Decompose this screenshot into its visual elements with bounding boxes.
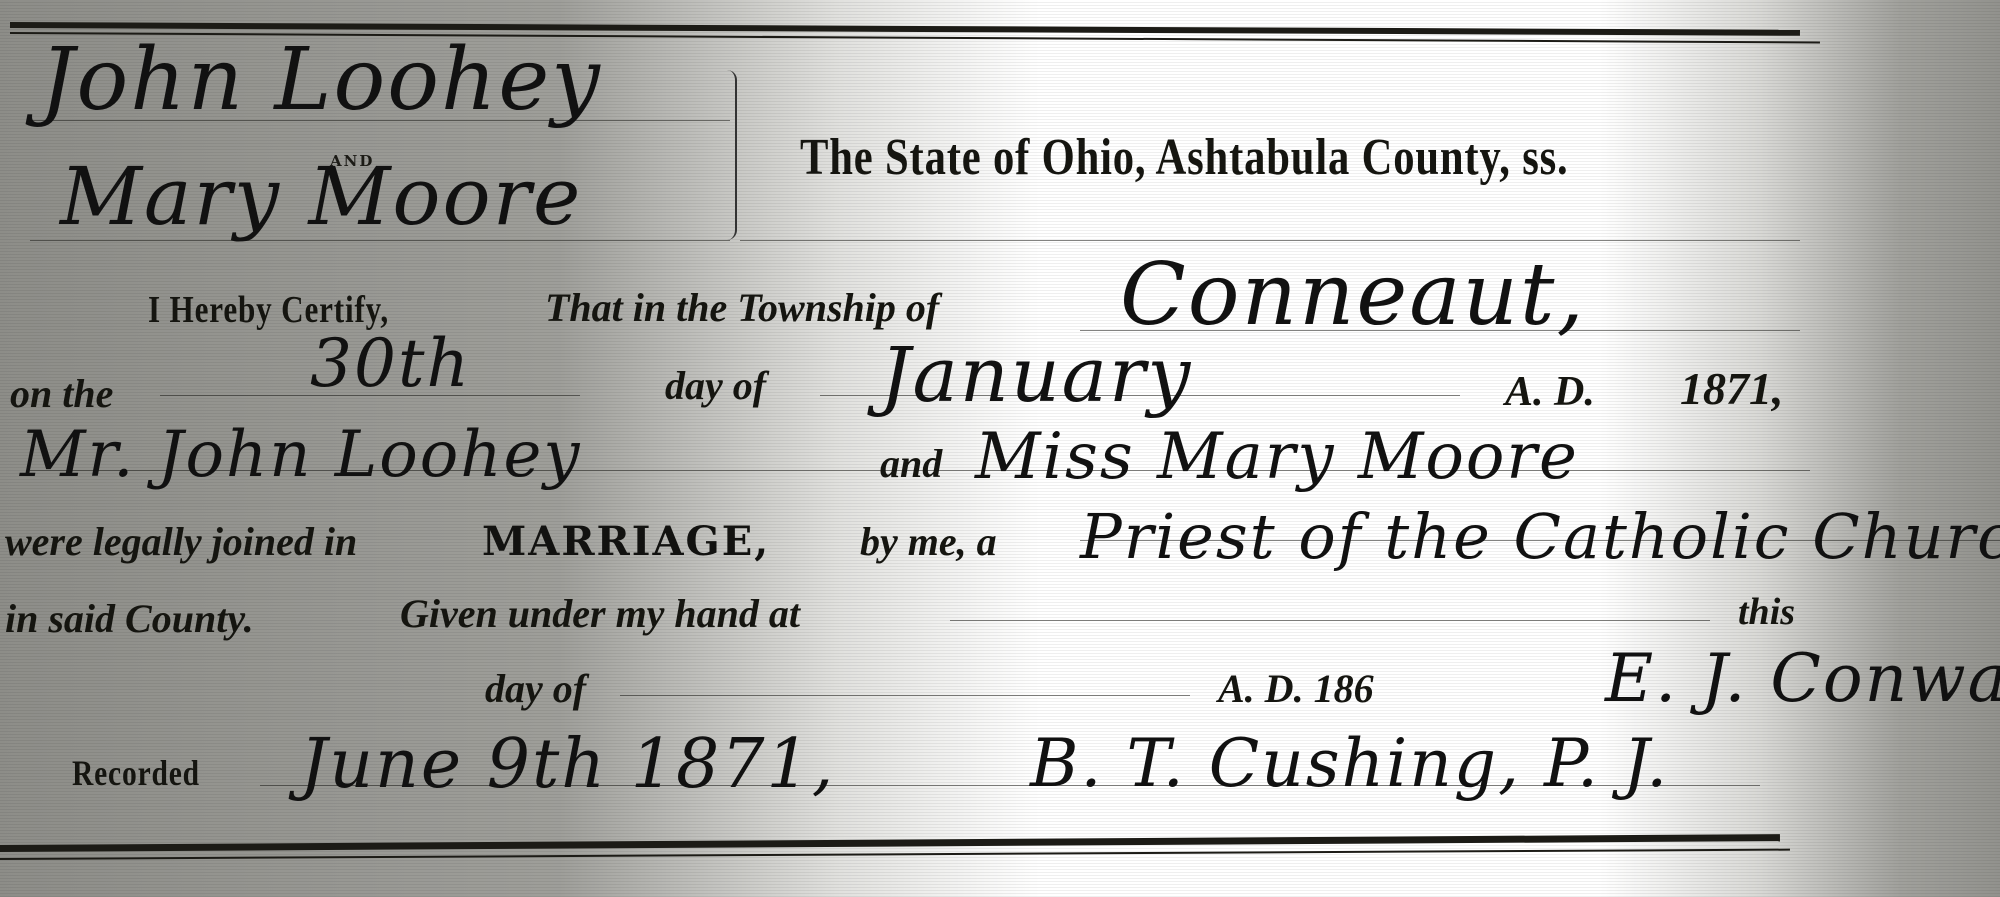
groom-full-name: Mr. John Loohey <box>20 418 582 492</box>
recorded-label: Recorded <box>72 752 200 794</box>
day-value: 30th <box>310 325 471 402</box>
ruled-line <box>950 620 1710 621</box>
bride-name-header: Mary Moore <box>60 150 582 243</box>
township-phrase: That in the Township of <box>545 284 939 331</box>
marriage-word: MARRIAGE, <box>482 518 770 565</box>
month-value: January <box>880 330 1192 419</box>
on-the-label: on the <box>10 370 113 417</box>
given-phrase: Given under my hand at <box>400 590 800 637</box>
day-of-label: day of <box>665 362 766 409</box>
this-word: this <box>1738 590 1795 634</box>
ad-label-2: A. D. 186 <box>1218 665 1374 712</box>
ad-label: A. D. <box>1505 368 1595 416</box>
recorder-signature: B. T. Cushing, P. J. <box>1030 725 1669 802</box>
officiant-title: Priest of the Catholic Church <box>1080 500 2000 573</box>
officiant-signature: E. J. Conway <box>1605 640 2000 717</box>
year-value: 1871, <box>1680 362 1784 415</box>
by-me-phrase: by me, a <box>860 518 997 565</box>
day-of-label-2: day of <box>485 665 586 712</box>
groom-name-header: John Loohey <box>40 30 602 130</box>
joined-phrase: were legally joined in <box>5 518 357 565</box>
ruled-line <box>740 240 1800 241</box>
ruled-line <box>620 695 1190 696</box>
state-county-heading: The State of Ohio, Ashtabula County, ss. <box>800 128 1569 187</box>
county-phrase: in said County. <box>5 595 254 642</box>
bracket-divider <box>727 70 737 240</box>
recorded-date: June 9th 1871, <box>300 725 835 804</box>
bride-full-name: Miss Mary Moore <box>975 420 1579 494</box>
and-word: and <box>880 440 942 487</box>
